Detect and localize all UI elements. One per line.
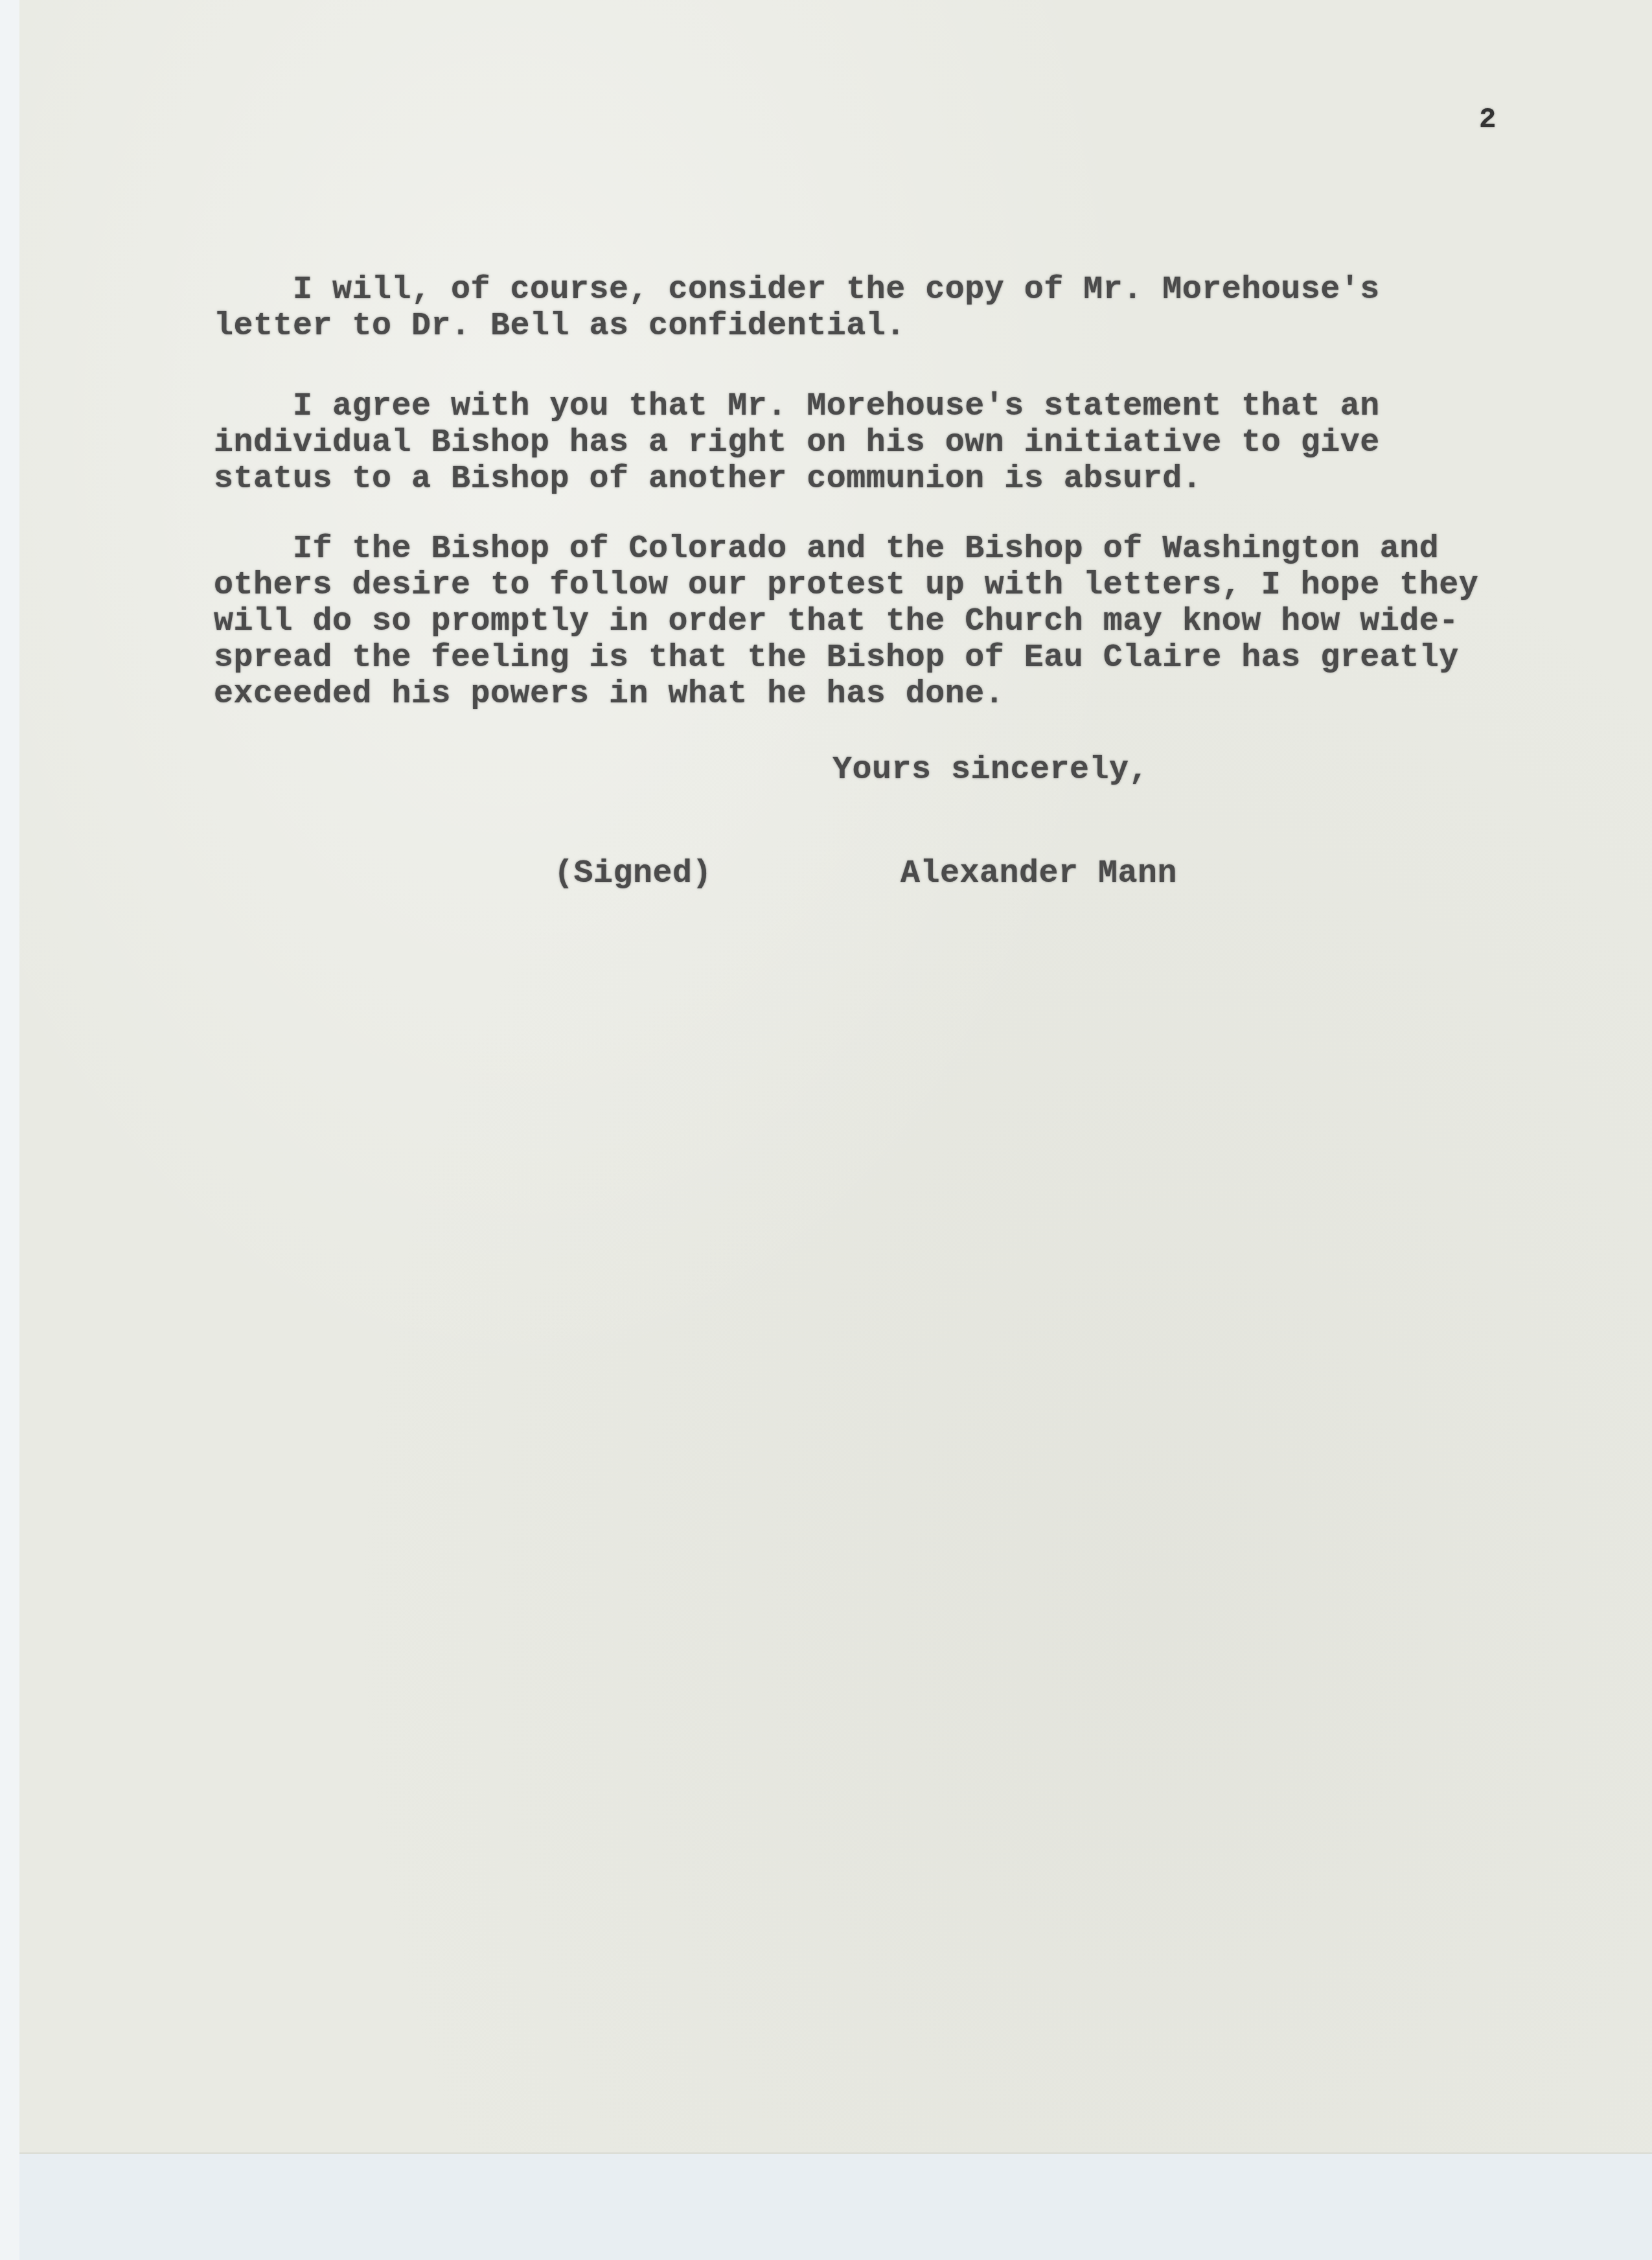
paragraph-line: letter to Dr. Bell as confidential. (214, 308, 906, 345)
paragraph-line: individual Bishop has a right on his own… (214, 425, 1380, 461)
paragraph-line: If the Bishop of Colorado and the Bishop… (214, 531, 1439, 568)
paragraph-line: exceeded his powers in what he has done. (214, 676, 1004, 713)
page-number: 2 (1479, 104, 1497, 136)
paragraph-line: will do so promptly in order that the Ch… (214, 604, 1459, 640)
letter-page: 2 I will, of course, consider the copy o… (19, 0, 1652, 2152)
scanner-background-edge (0, 0, 19, 2260)
paragraph-protest: If the Bishop of Colorado and the Bishop… (214, 531, 293, 785)
paragraph-line: I will, of course, consider the copy of … (214, 272, 1380, 308)
paragraph-line: status to a Bishop of another communion … (214, 461, 1202, 498)
signature-name: Alexander Mann (901, 855, 1177, 892)
paragraph-line: spread the feeling is that the Bishop of… (214, 640, 1459, 676)
paragraph-line: others desire to follow our protest up w… (214, 568, 1478, 604)
signed-label: (Signed) (554, 855, 712, 892)
paragraph-line: I agree with you that Mr. Morehouse's st… (214, 389, 1380, 425)
letter-closing: Yours sincerely, (832, 752, 1149, 789)
